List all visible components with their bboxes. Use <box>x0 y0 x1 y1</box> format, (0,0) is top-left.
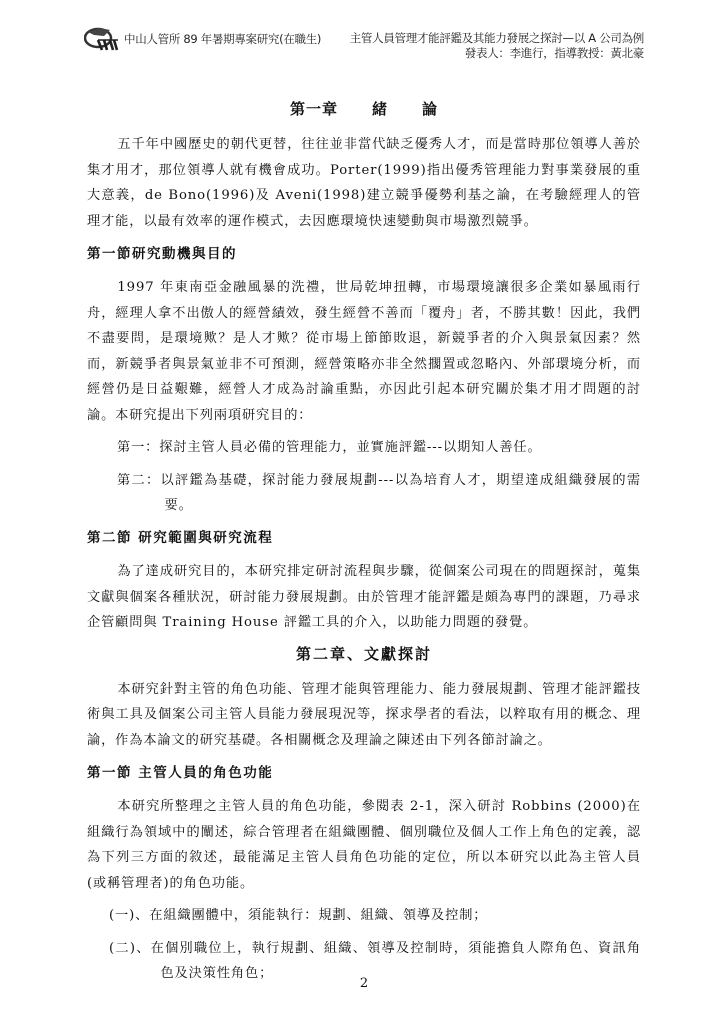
section-2-1-paragraph: 本研究所整理之主管人員的角色功能，參閱表 2-1，深入研討 Robbins (2… <box>87 794 641 896</box>
chapter-1-number: 第一章 <box>290 100 338 118</box>
section-1-2-heading: 第二節 研究範圍與研究流程 <box>87 526 641 546</box>
section-1-2-paragraph: 為了達成研究目的，本研究排定研討流程與步驟，從個案公司現在的問題探討，蒐集文獻與… <box>87 559 641 636</box>
header-authors: 發表人：李進行，指導教授：黃北豪 <box>350 46 644 61</box>
document-body: 第一章緒論 五千年中國歷史的朝代更替，往往並非當代缺乏優秀人才，而是當時那位領導… <box>87 98 641 994</box>
chapter-2-intro-paragraph: 本研究針對主管的角色功能、管理才能與管理能力、能力發展規劃、管理才能評鑑技術與工… <box>87 677 641 754</box>
objective-item-1: 第一：探討主管人員必備的管理能力，並實施評鑑---以期知人善任。 <box>117 435 641 460</box>
chapter-1-title-char-1: 緒 <box>372 100 388 118</box>
chapter-1-title-char-2: 論 <box>422 100 438 118</box>
header-right-block: 主管人員管理才能評鑑及其能力發展之探討—以 A 公司為例 發表人：李進行，指導教… <box>350 31 644 61</box>
page-header: 中山人管所 89 年暑期專案研究(在職生) 主管人員管理才能評鑑及其能力發展之探… <box>84 26 644 62</box>
institute-logo-icon <box>84 26 120 52</box>
chapter-1-title: 第一章緒論 <box>87 98 641 119</box>
chapter-2-title: 第二章、文獻探討 <box>87 643 641 664</box>
objective-item-2: 第二：以評鑑為基礎，探討能力發展規劃---以為培育人才，期望達成組織發展的需要。 <box>117 468 641 518</box>
page-number: 2 <box>0 976 728 991</box>
role-item-1: (一)、在組織團體中，須能執行：規劃、組織、領導及控制； <box>109 903 641 928</box>
header-paper-title: 主管人員管理才能評鑑及其能力發展之探討—以 A 公司為例 <box>350 31 644 46</box>
header-left-text: 中山人管所 89 年暑期專案研究(在職生) <box>124 31 321 47</box>
chapter-1-intro-paragraph: 五千年中國歷史的朝代更替，往往並非當代缺乏優秀人才，而是當時那位領導人善於集才用… <box>87 132 641 234</box>
section-1-1-heading: 第一節研究動機與目的 <box>87 242 641 262</box>
section-2-1-heading: 第一節 主管人員的角色功能 <box>87 761 641 781</box>
section-1-1-paragraph: 1997 年東南亞金融風暴的洗禮，世局乾坤扭轉，市場環境讓很多企業如暴風雨行舟，… <box>87 275 641 428</box>
